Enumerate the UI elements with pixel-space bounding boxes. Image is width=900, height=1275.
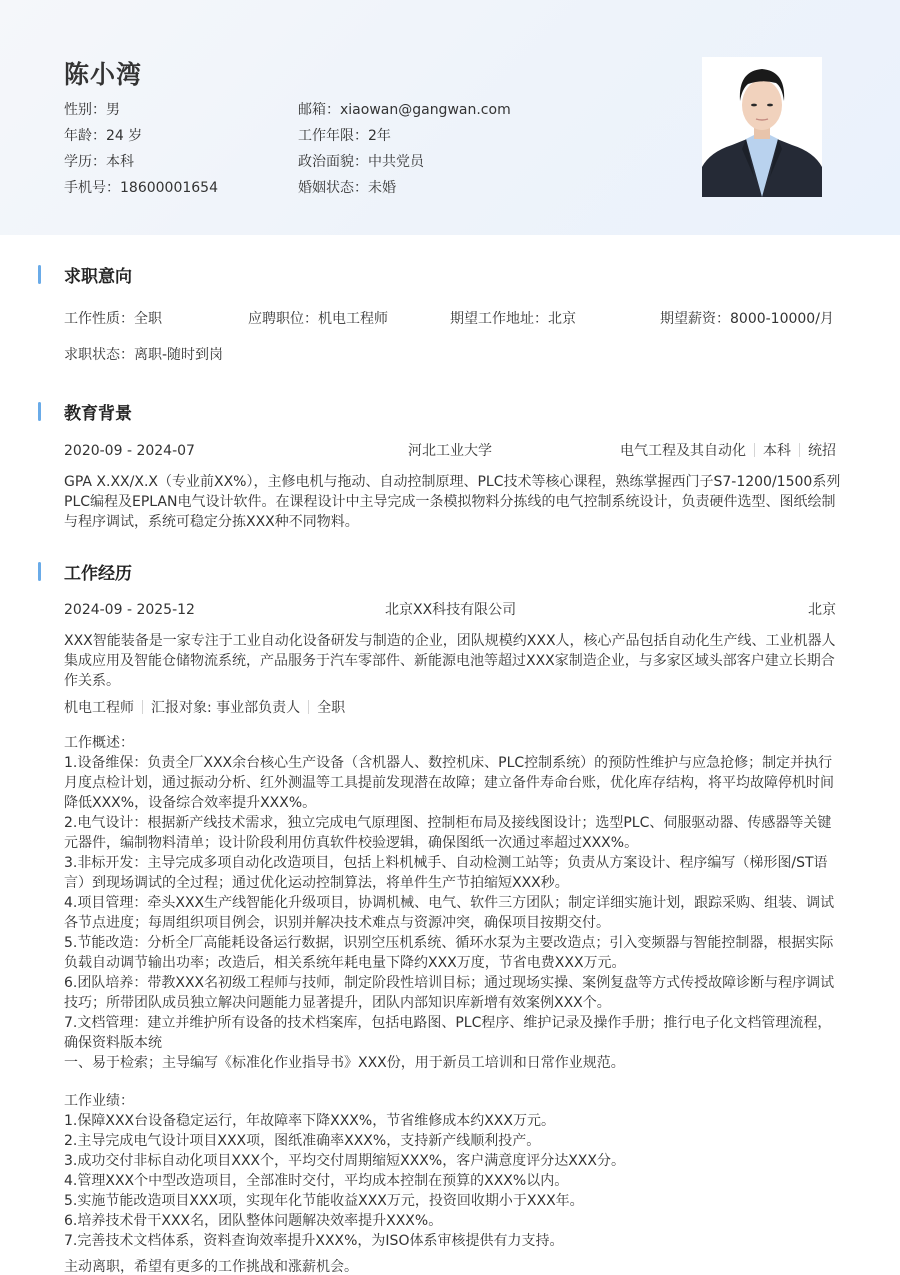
education-school: 河北工业大学 (408, 441, 492, 461)
text-line: 技巧；所带团队成员独立解决问题能力显著提升，团队内部知识库新增有效案例XXX个。 (64, 993, 839, 1013)
divider (754, 443, 755, 457)
section-heading: 工作经历 (64, 559, 132, 584)
info-email: 邮箱：xiaowan@gangwan.com (298, 100, 511, 120)
leave-reason: 主动离职，希望有更多的工作挑战和涨薪机会。 (64, 1257, 358, 1275)
text-line: 1.设备维保：负责全厂XXX余台核心生产设备（含机器人、数控机床、PLC控制系统… (64, 753, 839, 773)
info-label: 婚姻状态： (298, 180, 368, 196)
text-line: 作关系。 (64, 671, 839, 691)
achievement-item: 7.完善技术文档体系，资料查询效率提升XXX%，为ISO体系审核提供有力支持。 (64, 1231, 839, 1251)
text-line: PLC编程及EPLAN电气设计软件。在课程设计中主导完成一条模拟物料分拣线的电气… (64, 492, 839, 512)
info-marital-status: 婚姻状态：未婚 (298, 178, 396, 198)
work-job-type: 全职 (317, 700, 345, 716)
info-education: 学历：本科 (64, 152, 134, 172)
intent-label: 求职状态： (64, 347, 134, 363)
info-age: 年龄：24 岁 (64, 126, 142, 146)
text-line: 各节点进度；每周组织项目例会，识别并解决技术难点与资源冲突，确保项目按期交付。 (64, 913, 839, 933)
person-portrait-icon (702, 57, 822, 197)
info-label: 邮箱： (298, 102, 340, 118)
section-title-education: 教育背景 (38, 400, 132, 422)
text-line: 月度点检计划，通过振动分析、红外测温等工具提前发现潜在故障；建立备件寿命台账，优… (64, 773, 839, 793)
intent-label: 应聘职位： (248, 311, 318, 327)
info-value: 24 岁 (106, 128, 142, 144)
text-line: 5.节能改造：分析全厂高能耗设备运行数据，识别空压机系统、循环水泵为主要改造点；… (64, 933, 839, 953)
info-value: 本科 (106, 154, 134, 170)
candidate-name: 陈小湾 (64, 55, 142, 91)
text-line: 7.文档管理：建立并维护所有设备的技术档案库，包括电路图、PLC程序、维护记录及… (64, 1013, 839, 1033)
company-description: XXX智能装备是一家专注于工业自动化设备研发与制造的企业，团队规模约XXX人，核… (64, 631, 839, 691)
info-value: xiaowan@gangwan.com (340, 102, 511, 118)
info-label: 手机号： (64, 180, 120, 196)
work-achievements: 工作业绩： 1.保障XXX台设备稳定运行，年故障率下降XXX%，节省维修成本约X… (64, 1091, 839, 1251)
text-line: 与程序调试，系统可稳定分拣XXX种不同物料。 (64, 512, 839, 532)
section-heading: 教育背景 (64, 399, 132, 424)
text-line: 2.电气设计：根据新产线技术需求，独立完成电气原理图、控制柜布局及接线图设计；选… (64, 813, 839, 833)
info-label: 政治面貌： (298, 154, 368, 170)
intent-value: 8000-10000/月 (730, 311, 834, 327)
profile-photo (702, 57, 822, 197)
info-work-years: 工作年限：2年 (298, 126, 391, 146)
section-title-work: 工作经历 (38, 560, 132, 582)
work-overview: 工作概述： 1.设备维保：负责全厂XXX余台核心生产设备（含机器人、数控机床、P… (64, 733, 839, 1073)
intent-position: 应聘职位：机电工程师 (248, 309, 388, 329)
achievement-item: 5.实施节能改造项目XXX项，实现年化节能收益XXX万元，投资回收期小于XXX年… (64, 1191, 839, 1211)
divider (308, 700, 309, 714)
work-company: 北京XX科技有限公司 (385, 600, 516, 620)
education-details: 电气工程及其自动化本科统招 (620, 441, 836, 461)
text-line: 3.非标开发：主导完成多项自动化改造项目，包括上料机械手、自动检测工站等；负责从… (64, 853, 839, 873)
intent-value: 离职-随时到岗 (134, 347, 223, 363)
achievements-heading: 工作业绩： (64, 1091, 839, 1111)
achievement-item: 4.管理XXX个中型改造项目，全部准时交付，平均成本控制在预算的XXX%以内。 (64, 1171, 839, 1191)
accent-bar (38, 562, 41, 581)
intent-label: 工作性质： (64, 311, 134, 327)
work-report-to: 汇报对象: 事业部负责人 (151, 700, 300, 716)
text-line: XXX智能装备是一家专注于工业自动化设备研发与制造的企业，团队规模约XXX人，核… (64, 631, 839, 651)
info-value: 中共党员 (368, 154, 424, 170)
education-description: GPA X.XX/X.X（专业前XX%），主修电机与拖动、自动控制原理、PLC技… (64, 472, 839, 532)
education-major: 电气工程及其自动化 (620, 443, 746, 459)
divider (799, 443, 800, 457)
work-role: 机电工程师 (64, 700, 134, 716)
text-line: 4.项目管理：牵头XXX生产线智能化升级项目，协调机械、电气、软件三方团队；制定… (64, 893, 839, 913)
education-type: 统招 (808, 443, 836, 459)
achievement-item: 6.培养技术骨干XXX名，团队整体问题解决效率提升XXX%。 (64, 1211, 839, 1231)
info-label: 学历： (64, 154, 106, 170)
work-role-line: 机电工程师汇报对象: 事业部负责人全职 (64, 698, 345, 718)
text-line: 一、易于检索；主导编写《标准化作业指导书》XXX份，用于新员工培训和日常作业规范… (64, 1053, 839, 1073)
text-line: 降低XXX%，设备综合效率提升XXX%。 (64, 793, 839, 813)
intent-salary: 期望薪资：8000-10000/月 (660, 309, 834, 329)
info-political-status: 政治面貌：中共党员 (298, 152, 424, 172)
info-label: 工作年限： (298, 128, 368, 144)
section-heading: 求职意向 (64, 262, 132, 287)
info-label: 年龄： (64, 128, 106, 144)
text-line: GPA X.XX/X.X（专业前XX%），主修电机与拖动、自动控制原理、PLC技… (64, 472, 839, 492)
intent-value: 全职 (134, 311, 162, 327)
info-gender: 性别：男 (64, 100, 120, 120)
work-period: 2024-09 - 2025-12 (64, 600, 195, 620)
education-period: 2020-09 - 2024-07 (64, 441, 195, 461)
text-line: 确保资料版本统 (64, 1033, 839, 1053)
info-value: 18600001654 (120, 180, 218, 196)
text-line: 集成应用及智能仓储物流系统，产品服务于汽车零部件、新能源电池等超过XXX家制造企… (64, 651, 839, 671)
overview-heading: 工作概述： (64, 733, 839, 753)
accent-bar (38, 265, 41, 284)
info-value: 男 (106, 102, 120, 118)
text-line: 负载自动调节输出功率；改造后，相关系统年耗电量下降约XXX万度，节省电费XXX万… (64, 953, 839, 973)
intent-status: 求职状态：离职-随时到岗 (64, 345, 223, 365)
text-line: 言）到现场调试的全过程；通过优化运动控制算法，将单件生产节拍缩短XXX秒。 (64, 873, 839, 893)
achievement-item: 2.主导完成电气设计项目XXX项，图纸准确率XXX%，支持新产线顺利投产。 (64, 1131, 839, 1151)
intent-job-type: 工作性质：全职 (64, 309, 162, 329)
section-title-job-intent: 求职意向 (38, 263, 132, 285)
work-city: 北京 (808, 600, 836, 620)
education-degree: 本科 (763, 443, 791, 459)
info-label: 性别： (64, 102, 106, 118)
achievement-item: 3.成功交付非标自动化项目XXX个，平均交付周期缩短XXX%，客户满意度评分达X… (64, 1151, 839, 1171)
intent-label: 期望工作地址： (450, 311, 548, 327)
accent-bar (38, 402, 41, 421)
intent-location: 期望工作地址：北京 (450, 309, 576, 329)
text-line: 元器件，编制物料清单；设计阶段利用仿真软件校验逻辑，确保图纸一次通过率超过XXX… (64, 833, 839, 853)
intent-value: 机电工程师 (318, 311, 388, 327)
text-line: 6.团队培养：带教XXX名初级工程师与技师，制定阶段性培训目标；通过现场实操、案… (64, 973, 839, 993)
intent-label: 期望薪资： (660, 311, 730, 327)
intent-value: 北京 (548, 311, 576, 327)
achievement-item: 1.保障XXX台设备稳定运行，年故障率下降XXX%，节省维修成本约XXX万元。 (64, 1111, 839, 1131)
info-value: 未婚 (368, 180, 396, 196)
info-value: 2年 (368, 128, 391, 144)
info-phone: 手机号：18600001654 (64, 178, 218, 198)
divider (142, 700, 143, 714)
